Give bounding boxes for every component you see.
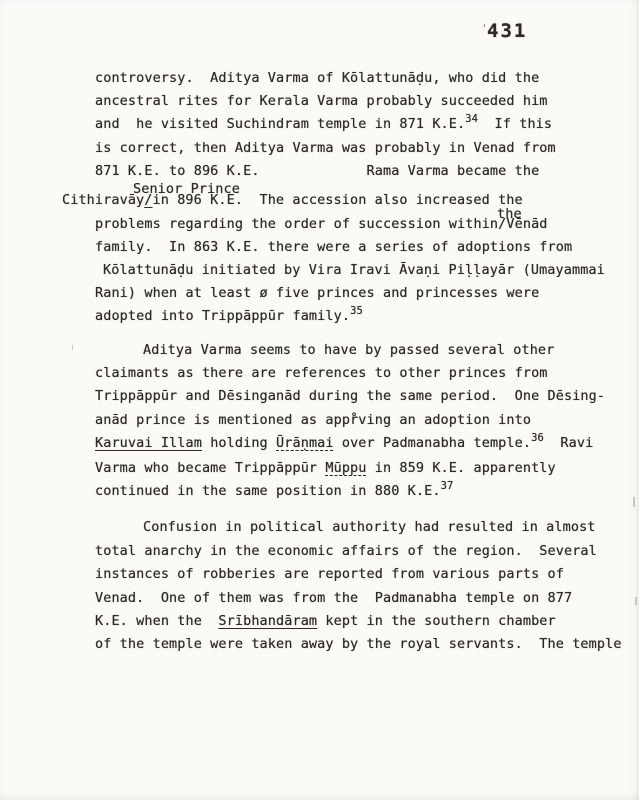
text-segment: total anarchy in the economic affairs of…	[95, 543, 597, 559]
text-line: family. In 863 K.E. there were a series …	[95, 239, 572, 255]
text-line: Confusion in political authority had res…	[143, 519, 596, 535]
text-segment: kept in the southern chamber	[317, 613, 556, 629]
text-line: of the temple were taken away by the roy…	[95, 636, 622, 652]
text-segment: problems regarding the order of successi…	[95, 216, 548, 232]
scan-artifact	[633, 497, 635, 507]
text-line: anād prince is mentioned as appr̊ving an…	[95, 412, 531, 428]
text-segment: instances of robberies are reported from…	[95, 566, 564, 582]
text-line: Cithiravāy/in 896 K.E. The accession als…	[62, 192, 523, 208]
text-segment: of the temple were taken away by the roy…	[95, 636, 622, 652]
footnote-ref: 37	[441, 480, 454, 492]
text-line: is correct, then Aditya Varma was probab…	[95, 140, 556, 156]
text-line: and he visited Suchindram temple in 871 …	[95, 116, 552, 133]
text-segment: Aditya Varma seems to have by passed sev…	[143, 342, 554, 358]
text-segment: Rani) when at least ø five princes and p…	[95, 285, 539, 301]
text-line: problems regarding the order of successi…	[95, 216, 548, 232]
text-line: Trippāppūr and Dēsinganād during the sam…	[95, 388, 605, 404]
text-segment: ancestral rites for Kerala Varma probabl…	[95, 93, 548, 109]
text-segment: in 859 K.E. apparently	[367, 460, 556, 476]
text-segment: If this	[478, 116, 552, 132]
text-line: claimants as there are references to oth…	[95, 365, 548, 381]
text-segment: Varma who became Trippāppūr	[95, 460, 325, 476]
text-segment: Ravi	[544, 435, 593, 451]
footnote-ref: 34	[465, 113, 478, 125]
text-line: continued in the same position in 880 K.…	[95, 483, 453, 500]
text-segment: and he visited Suchindram temple in 871 …	[95, 116, 465, 132]
text-line: Karuvai Illam holding Ūrāṇmai over Padma…	[95, 435, 593, 452]
text-line: total anarchy in the economic affairs of…	[95, 543, 597, 559]
text-segment: 871 K.E. to 896 K.E. Rama Varma became t…	[95, 163, 539, 179]
text-line: instances of robberies are reported from…	[95, 566, 564, 582]
scanned-document-page: ʹ 431 controversy. Aditya Varma of Kōlat…	[0, 0, 639, 800]
text-segment: claimants as there are references to oth…	[95, 365, 548, 381]
page-number: 431	[487, 20, 527, 42]
underlined-term: /	[144, 192, 152, 208]
underlined-term: Srībhandāram	[218, 613, 317, 629]
underlined-term: Karuvai Illam	[95, 435, 202, 451]
text-segment: over Padmanabha temple.	[334, 435, 531, 451]
text-segment: Trippāppūr and Dēsinganād during the sam…	[95, 388, 605, 404]
underlined-term: Ūrāṇmai	[276, 435, 334, 451]
text-segment: anād prince is mentioned as appr̊ving an…	[95, 412, 531, 428]
text-line: 871 K.E. to 896 K.E. Rama Varma became t…	[95, 163, 539, 179]
text-line: Varma who became Trippāppūr Mūppu in 859…	[95, 460, 556, 476]
footnote-ref: 36	[531, 432, 544, 444]
footnote-ref: 35	[350, 305, 363, 317]
text-line: K.E. when the Srībhandāram kept in the s…	[95, 613, 556, 629]
text-line: Venad. One of them was from the Padmanab…	[95, 590, 572, 606]
text-line: controversy. Aditya Varma of Kōlattunāḍu…	[95, 70, 539, 86]
text-line: adopted into Trippāppūr family.35	[95, 308, 363, 325]
text-segment: K.E. when the	[95, 613, 218, 629]
text-segment: adopted into Trippāppūr family.	[95, 308, 350, 324]
text-segment: continued in the same position in 880 K.…	[95, 483, 441, 499]
text-segment: controversy. Aditya Varma of Kōlattunāḍu…	[95, 70, 539, 86]
text-segment: in 896 K.E. The accession also increased…	[153, 192, 523, 208]
text-line: Rani) when at least ø five princes and p…	[95, 285, 539, 301]
text-segment: Confusion in political authority had res…	[143, 519, 596, 535]
underlined-term: Mūppu	[325, 460, 366, 476]
text-line: Aditya Varma seems to have by passed sev…	[143, 342, 554, 358]
text-segment: is correct, then Aditya Varma was probab…	[95, 140, 556, 156]
text-line: Kōlattunāḍu initiated by Vira Iravi Āvaṇ…	[103, 262, 605, 278]
text-segment: Venad. One of them was from the Padmanab…	[95, 590, 572, 606]
text-segment: holding	[202, 435, 276, 451]
scan-artifact	[635, 597, 637, 605]
text-segment: family. In 863 K.E. there were a series …	[95, 239, 572, 255]
text-segment: Kōlattunāḍu initiated by Vira Iravi Āvaṇ…	[103, 262, 605, 278]
text-line: ancestral rites for Kerala Varma probabl…	[95, 93, 548, 109]
scan-artifact	[72, 345, 73, 350]
text-segment: Cithiravāy	[62, 192, 144, 208]
